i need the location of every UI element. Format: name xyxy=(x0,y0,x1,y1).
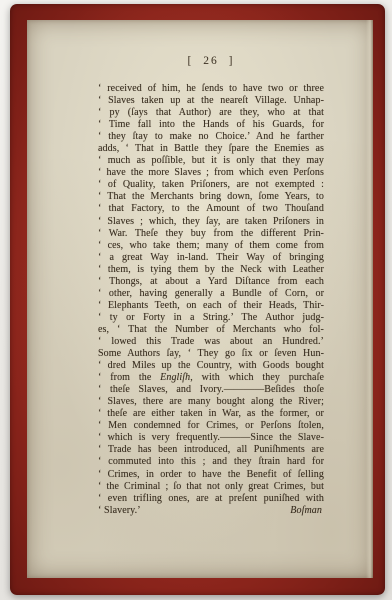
line-text: ‘ which is very frequently.———Since the … xyxy=(98,432,324,443)
text-line: ‘ Slaves taken up at the neareſt Village… xyxy=(98,95,324,107)
line-text: ‘ War. Theſe they buy from the different… xyxy=(98,228,324,239)
line-text: ‘ a great Way in-land. Their Way of brin… xyxy=(98,252,324,263)
text-line: ‘ a great Way in-land. Their Way of brin… xyxy=(98,252,324,264)
text-line: es, ‘ That the Number of Merchants who f… xyxy=(98,324,324,336)
page-number: [ 26 ] xyxy=(98,55,324,67)
line-text: ‘ Time fall into the Hands of his Guards… xyxy=(98,119,324,130)
text-line: ‘ Elephants Teeth, on each of their Head… xyxy=(98,300,324,312)
text-line: ‘ the Criminal ; ſo that not only great … xyxy=(98,481,324,493)
text-line: ‘ Trade has been introduced, all Puniſhm… xyxy=(98,444,324,456)
line-text: ‘ commuted into this ; and they ſtrain h… xyxy=(98,456,324,467)
line-text: Some Authors ſay, ‘ They go ſix or ſeven… xyxy=(98,348,324,359)
text-line: ‘ py (ſays that Author) are they, who at… xyxy=(98,107,324,119)
text-block: ‘ received of him, he ſends to have two … xyxy=(98,83,324,517)
text-line: ‘ Crimes, in order to have the Benefit o… xyxy=(98,469,324,481)
line-text: ‘ Elephants Teeth, on each of their Head… xyxy=(98,300,324,311)
text-line: ‘ which is very frequently.———Since the … xyxy=(98,432,324,444)
line-text: ‘ of Quality, taken Priſoners, are not e… xyxy=(98,179,324,190)
text-line: ‘ much as poſſible, but it is only that … xyxy=(98,155,324,167)
line-text: ‘ Trade has been introduced, all Puniſhm… xyxy=(98,444,324,455)
line-text: ‘ Slaves taken up at the neareſt Village… xyxy=(98,95,324,106)
text-line: ‘ commuted into this ; and they ſtrain h… xyxy=(98,456,324,468)
book-cover: [ 26 ] ‘ received of him, he ſends to ha… xyxy=(10,4,385,595)
line-text: ‘ have the more Slaves ; from which even… xyxy=(98,167,324,178)
line-text: ‘ ty or Forty in a String.’ The Author j… xyxy=(98,312,324,323)
text-line: ‘ other, having generally a Bundle of Co… xyxy=(98,288,324,300)
line-text: ‘ theſe are either taken in War, as the … xyxy=(98,408,324,419)
line-text: ‘ received of him, he ſends to have two … xyxy=(98,83,324,94)
text-line: ‘ them, is tying them by the Neck with L… xyxy=(98,264,324,276)
line-text: ‘ even trifling ones, are at preſent pun… xyxy=(98,493,324,504)
text-line: ‘ Slavery.’Boſman xyxy=(98,505,324,517)
line-text: ‘ lowed this Trade was about an Hundred.… xyxy=(98,336,324,347)
line-text: ‘ the Criminal ; ſo that not only great … xyxy=(98,481,324,492)
line-text: ‘ Crimes, in order to have the Benefit o… xyxy=(98,469,324,480)
line-text: , with which they purchaſe xyxy=(190,372,324,383)
line-text: ‘ py (ſays that Author) are they, who at… xyxy=(98,107,324,118)
text-line: ‘ theſe Slaves, and Ivory.————Beſides th… xyxy=(98,384,324,396)
text-line: ‘ Men condemned for Crimes, or Perſons ſ… xyxy=(98,420,324,432)
author-catchword: Boſman xyxy=(290,505,322,517)
line-text: ‘ that Factory, to the Amount of two Tho… xyxy=(98,203,324,214)
text-line: ‘ lowed this Trade was about an Hundred.… xyxy=(98,336,324,348)
text-line: ‘ from the Engliſh, with which they purc… xyxy=(98,372,324,384)
line-text: ‘ Slaves, there are many bought along th… xyxy=(98,396,324,407)
line-text: ‘ Thongs, at about a Yard Diſtance from … xyxy=(98,276,324,287)
text-line: ‘ that Factory, to the Amount of two Tho… xyxy=(98,203,324,215)
text-line: ‘ have the more Slaves ; from which even… xyxy=(98,167,324,179)
text-line: ‘ dred Miles up the Country, with Goods … xyxy=(98,360,324,372)
text-line: ‘ Slaves ; which, they ſay, are taken Pr… xyxy=(98,216,324,228)
text-line: ‘ ces, who take them; many of them come … xyxy=(98,240,324,252)
text-line: ‘ of Quality, taken Priſoners, are not e… xyxy=(98,179,324,191)
book-page: [ 26 ] ‘ received of him, he ſends to ha… xyxy=(27,20,373,578)
text-line: ‘ Thongs, at about a Yard Diſtance from … xyxy=(98,276,324,288)
text-line: ‘ they ſtay to make no Choice.’ And he f… xyxy=(98,131,324,143)
line-text: es, ‘ That the Number of Merchants who f… xyxy=(98,324,324,335)
italic-word: Engliſh xyxy=(160,372,190,383)
text-line: ‘ ty or Forty in a String.’ The Author j… xyxy=(98,312,324,324)
text-line: adds, ‘ That in Battle they ſpare the En… xyxy=(98,143,324,155)
line-text: ‘ dred Miles up the Country, with Goods … xyxy=(98,360,324,371)
line-text: ‘ other, having generally a Bundle of Co… xyxy=(98,288,324,299)
line-text: ‘ much as poſſible, but it is only that … xyxy=(98,155,324,166)
line-text: ‘ Men condemned for Crimes, or Perſons ſ… xyxy=(98,420,324,431)
text-line: ‘ Slaves, there are many bought along th… xyxy=(98,396,324,408)
text-line: ‘ theſe are either taken in War, as the … xyxy=(98,408,324,420)
text-line: ‘ even trifling ones, are at preſent pun… xyxy=(98,493,324,505)
line-text: ‘ Slavery.’ xyxy=(98,505,141,516)
text-line: ‘ received of him, he ſends to have two … xyxy=(98,83,324,95)
photo-background: [ 26 ] ‘ received of him, he ſends to ha… xyxy=(0,0,392,600)
text-line: ‘ That the Merchants bring down, ſome Ye… xyxy=(98,191,324,203)
line-text: ‘ Slaves ; which, they ſay, are taken Pr… xyxy=(98,216,324,227)
text-line: Some Authors ſay, ‘ They go ſix or ſeven… xyxy=(98,348,324,360)
line-text: adds, ‘ That in Battle they ſpare the En… xyxy=(98,143,324,154)
line-text: ‘ theſe Slaves, and Ivory.————Beſides th… xyxy=(98,384,324,395)
line-text: ‘ from the xyxy=(98,372,160,383)
text-line: ‘ War. Theſe they buy from the different… xyxy=(98,228,324,240)
text-line: ‘ Time fall into the Hands of his Guards… xyxy=(98,119,324,131)
line-text: ‘ they ſtay to make no Choice.’ And he f… xyxy=(98,131,324,142)
line-text: ‘ That the Merchants bring down, ſome Ye… xyxy=(98,191,324,202)
line-text: ‘ them, is tying them by the Neck with L… xyxy=(98,264,324,275)
line-text: ‘ ces, who take them; many of them come … xyxy=(98,240,324,251)
